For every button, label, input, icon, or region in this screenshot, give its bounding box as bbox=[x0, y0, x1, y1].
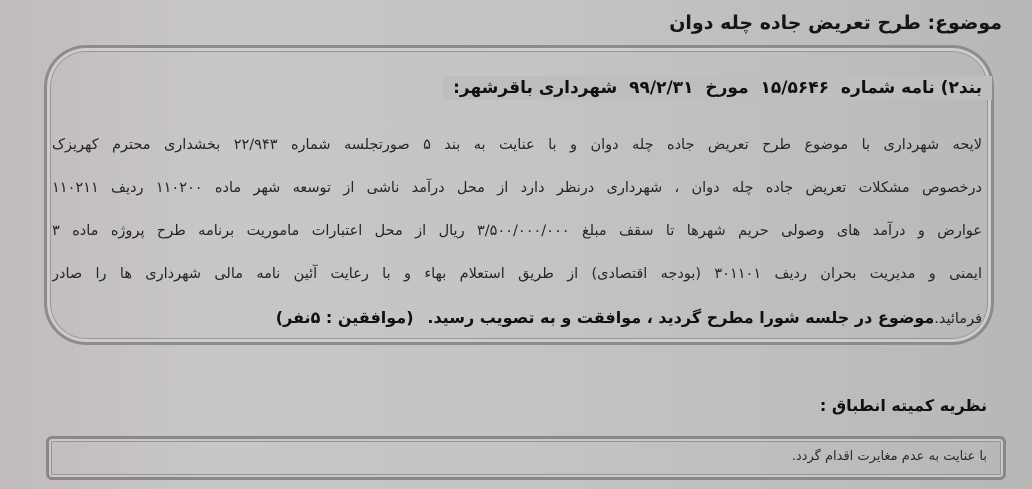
body-line: ایمنی و مدیریت بحران ردیف ۳۰۱۱۰۱ (بودجه … bbox=[52, 253, 982, 296]
sender-name: شهرداری باقرشهر: bbox=[453, 78, 617, 98]
date-label: مورخ bbox=[705, 78, 748, 98]
vote-count: (موافقین : ۵نفر) bbox=[276, 308, 414, 327]
clause-label: بند۲) نامه شماره bbox=[841, 78, 982, 98]
resolution-text: موضوع در جلسه شورا مطرح گردید ، موافقت و… bbox=[427, 308, 934, 327]
body-line: درخصوص مشکلات تعریض جاده چله دوان ، شهرد… bbox=[52, 167, 982, 210]
clause-heading: بند۲) نامه شماره ۱۵/۵۶۴۶ مورخ ۹۹/۲/۳۱ شه… bbox=[443, 76, 992, 100]
closing-line: فرمائید.موضوع در جلسه شورا مطرح گردید ، … bbox=[52, 296, 982, 341]
document-page: موضوع: طرح تعریض جاده چله دوان بند۲) نام… bbox=[0, 0, 1032, 489]
committee-heading: نظریه کمیته انطباق : bbox=[820, 396, 987, 415]
committee-opinion: با عنایت به عدم مغایرت اقدام گردد. bbox=[792, 449, 987, 464]
closing-prefix: فرمائید. bbox=[934, 311, 982, 327]
letter-date: ۹۹/۲/۳۱ bbox=[629, 78, 693, 98]
letter-number: ۱۵/۵۶۴۶ bbox=[761, 78, 829, 98]
clause-body: لایحه شهرداری با موضوع طرح تعریض جاده چل… bbox=[52, 124, 982, 341]
body-line: عوارض و درآمد های وصولی حریم شهرها تا سق… bbox=[52, 210, 982, 253]
subject-title: موضوع: طرح تعریض جاده چله دوان bbox=[669, 12, 1002, 34]
body-line: لایحه شهرداری با موضوع طرح تعریض جاده چل… bbox=[52, 124, 982, 167]
